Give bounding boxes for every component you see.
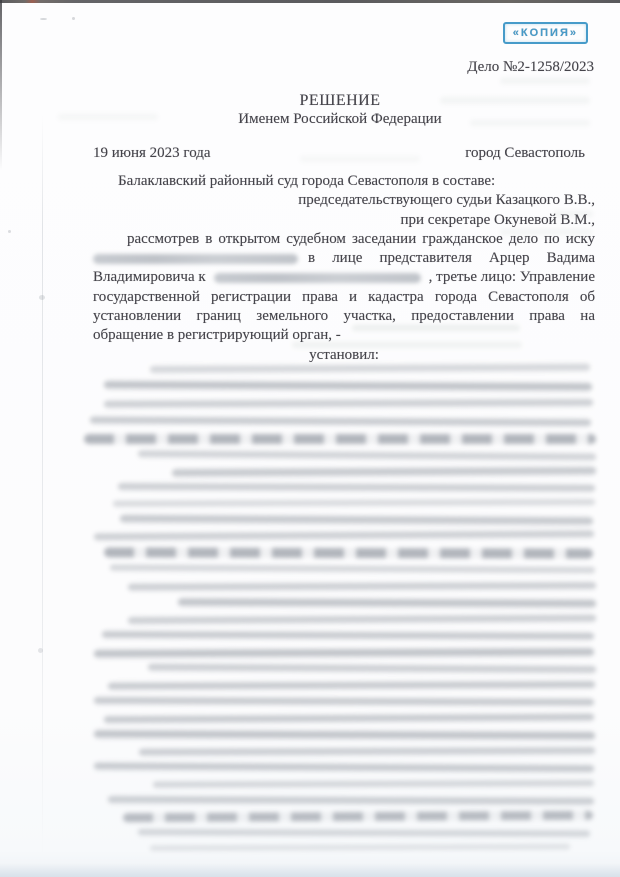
- resolution-heading: установил:: [93, 347, 595, 364]
- blurred-line: [120, 514, 593, 526]
- body-line-court: Балаклавский районный суд города Севасто…: [93, 172, 595, 191]
- case-number: Дело №2-1258/2023: [467, 59, 594, 76]
- bleed-through-line: [500, 77, 590, 85]
- blurred-line: [118, 482, 595, 493]
- blurred-line: [104, 547, 593, 558]
- redacted-text: [93, 254, 298, 264]
- blurred-line: [94, 762, 594, 774]
- document-body: Балаклавский районный суд города Севасто…: [93, 172, 595, 346]
- scan-edge-top: [0, 0, 620, 3]
- scan-speck: [40, 18, 47, 20]
- blurred-line: [150, 843, 570, 851]
- scan-speck: [8, 230, 11, 233]
- blurred-line: [90, 416, 591, 428]
- redacted-text: [214, 273, 421, 283]
- body-line-judge: председательствующего судьи Казацкого В.…: [93, 191, 595, 210]
- blurred-line: [108, 680, 595, 691]
- blurred-line: [150, 363, 590, 374]
- blurred-line: [108, 795, 594, 806]
- body-line-subject: установлении границ земельного участка, …: [93, 307, 595, 326]
- blurred-line: [128, 581, 596, 592]
- blurred-line: [94, 647, 594, 659]
- blurred-line: [128, 614, 596, 625]
- scan-speck: [39, 295, 45, 300]
- blurred-line: [138, 828, 590, 838]
- blurred-line: [113, 498, 595, 508]
- body-line-defendant-start: Владимировича к: [93, 268, 206, 287]
- copy-stamp: «КОПИЯ»: [503, 22, 588, 44]
- body-line-registry: государственной регистрации права и када…: [93, 288, 595, 307]
- scan-speck: [38, 648, 43, 653]
- body-line-defendant-end: , третье лицо: Управление: [429, 268, 595, 287]
- bleed-through-line: [300, 155, 420, 163]
- blurred-line: [94, 696, 594, 707]
- copy-stamp-label: «КОПИЯ»: [513, 27, 578, 39]
- blurred-line: [102, 630, 594, 641]
- scan-speck: [72, 17, 75, 20]
- body-line-defendant: Владимировича к , третье лицо: Управлени…: [93, 268, 595, 287]
- blurred-line: [153, 779, 594, 789]
- bleed-through-line: [352, 324, 520, 332]
- bleed-through-line: [292, 341, 522, 349]
- blurred-line: [172, 466, 596, 478]
- document-page: «КОПИЯ» Дело №2-1258/2023 РЕШЕНИЕ Именем…: [0, 0, 620, 877]
- blurred-line: [110, 564, 595, 575]
- scan-edge-left: [0, 0, 2, 170]
- bleed-through-line: [440, 96, 590, 105]
- decision-date: 19 июня 2023 года: [93, 145, 211, 162]
- blurred-line: [104, 398, 593, 409]
- blurred-line: [178, 597, 596, 608]
- body-line-secretary: при секретаре Окуневой В.М.,: [93, 211, 595, 230]
- bleed-through-line: [58, 113, 158, 121]
- blurred-line: [84, 434, 596, 444]
- bleed-through-line: [470, 119, 590, 127]
- blurred-line: [123, 811, 593, 822]
- body-line-representative-text: в лице представителя Арцер Вадима: [308, 249, 595, 268]
- blurred-line: [94, 729, 595, 741]
- body-line-representative: в лице представителя Арцер Вадима: [93, 249, 595, 268]
- blurred-line: [94, 529, 594, 541]
- decision-city: город Севастополь: [465, 145, 585, 162]
- blurred-line: [148, 663, 596, 674]
- blurred-line: [138, 449, 596, 461]
- bleed-through-line: [500, 228, 592, 236]
- page-bottom-shadow: [0, 863, 620, 877]
- blurred-line: [104, 380, 592, 392]
- blurred-line: [139, 746, 595, 757]
- fold-line: [42, 115, 43, 860]
- bleed-through-line: [553, 210, 593, 218]
- blurred-line: [104, 713, 594, 725]
